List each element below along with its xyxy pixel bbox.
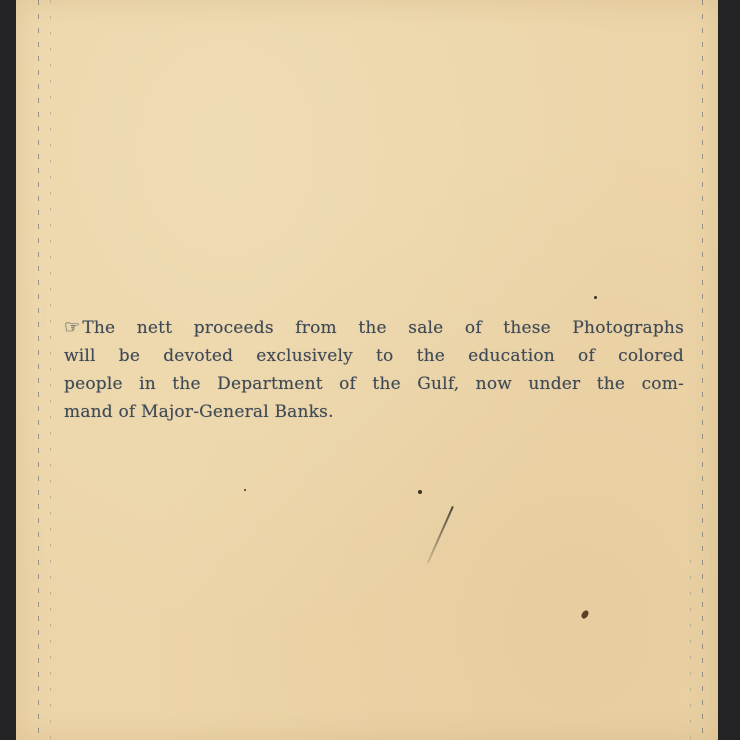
notice-line-4: mand of Major-General Banks. [64,398,684,426]
pointing-hand-icon: ☞ [64,314,80,342]
ink-spot [418,490,422,494]
printed-notice: ☞The nett proceeds from the sale of thes… [64,314,684,426]
left-border-line [38,0,39,740]
ink-spot [244,489,246,491]
stain-spot [580,609,590,620]
left-border-line-inner [50,0,51,740]
photo-card-back: ☞The nett proceeds from the sale of thes… [16,0,718,740]
ink-spot [594,296,597,299]
pen-scratch [427,506,454,563]
notice-line-1: ☞The nett proceeds from the sale of thes… [64,314,684,342]
notice-line-2: will be devoted exclusively to the educa… [64,342,684,370]
scan-background: ☞The nett proceeds from the sale of thes… [0,0,740,740]
notice-line-3: people in the Department of the Gulf, no… [64,370,684,398]
right-border-line-inner [690,560,691,740]
right-border-line [702,0,703,740]
